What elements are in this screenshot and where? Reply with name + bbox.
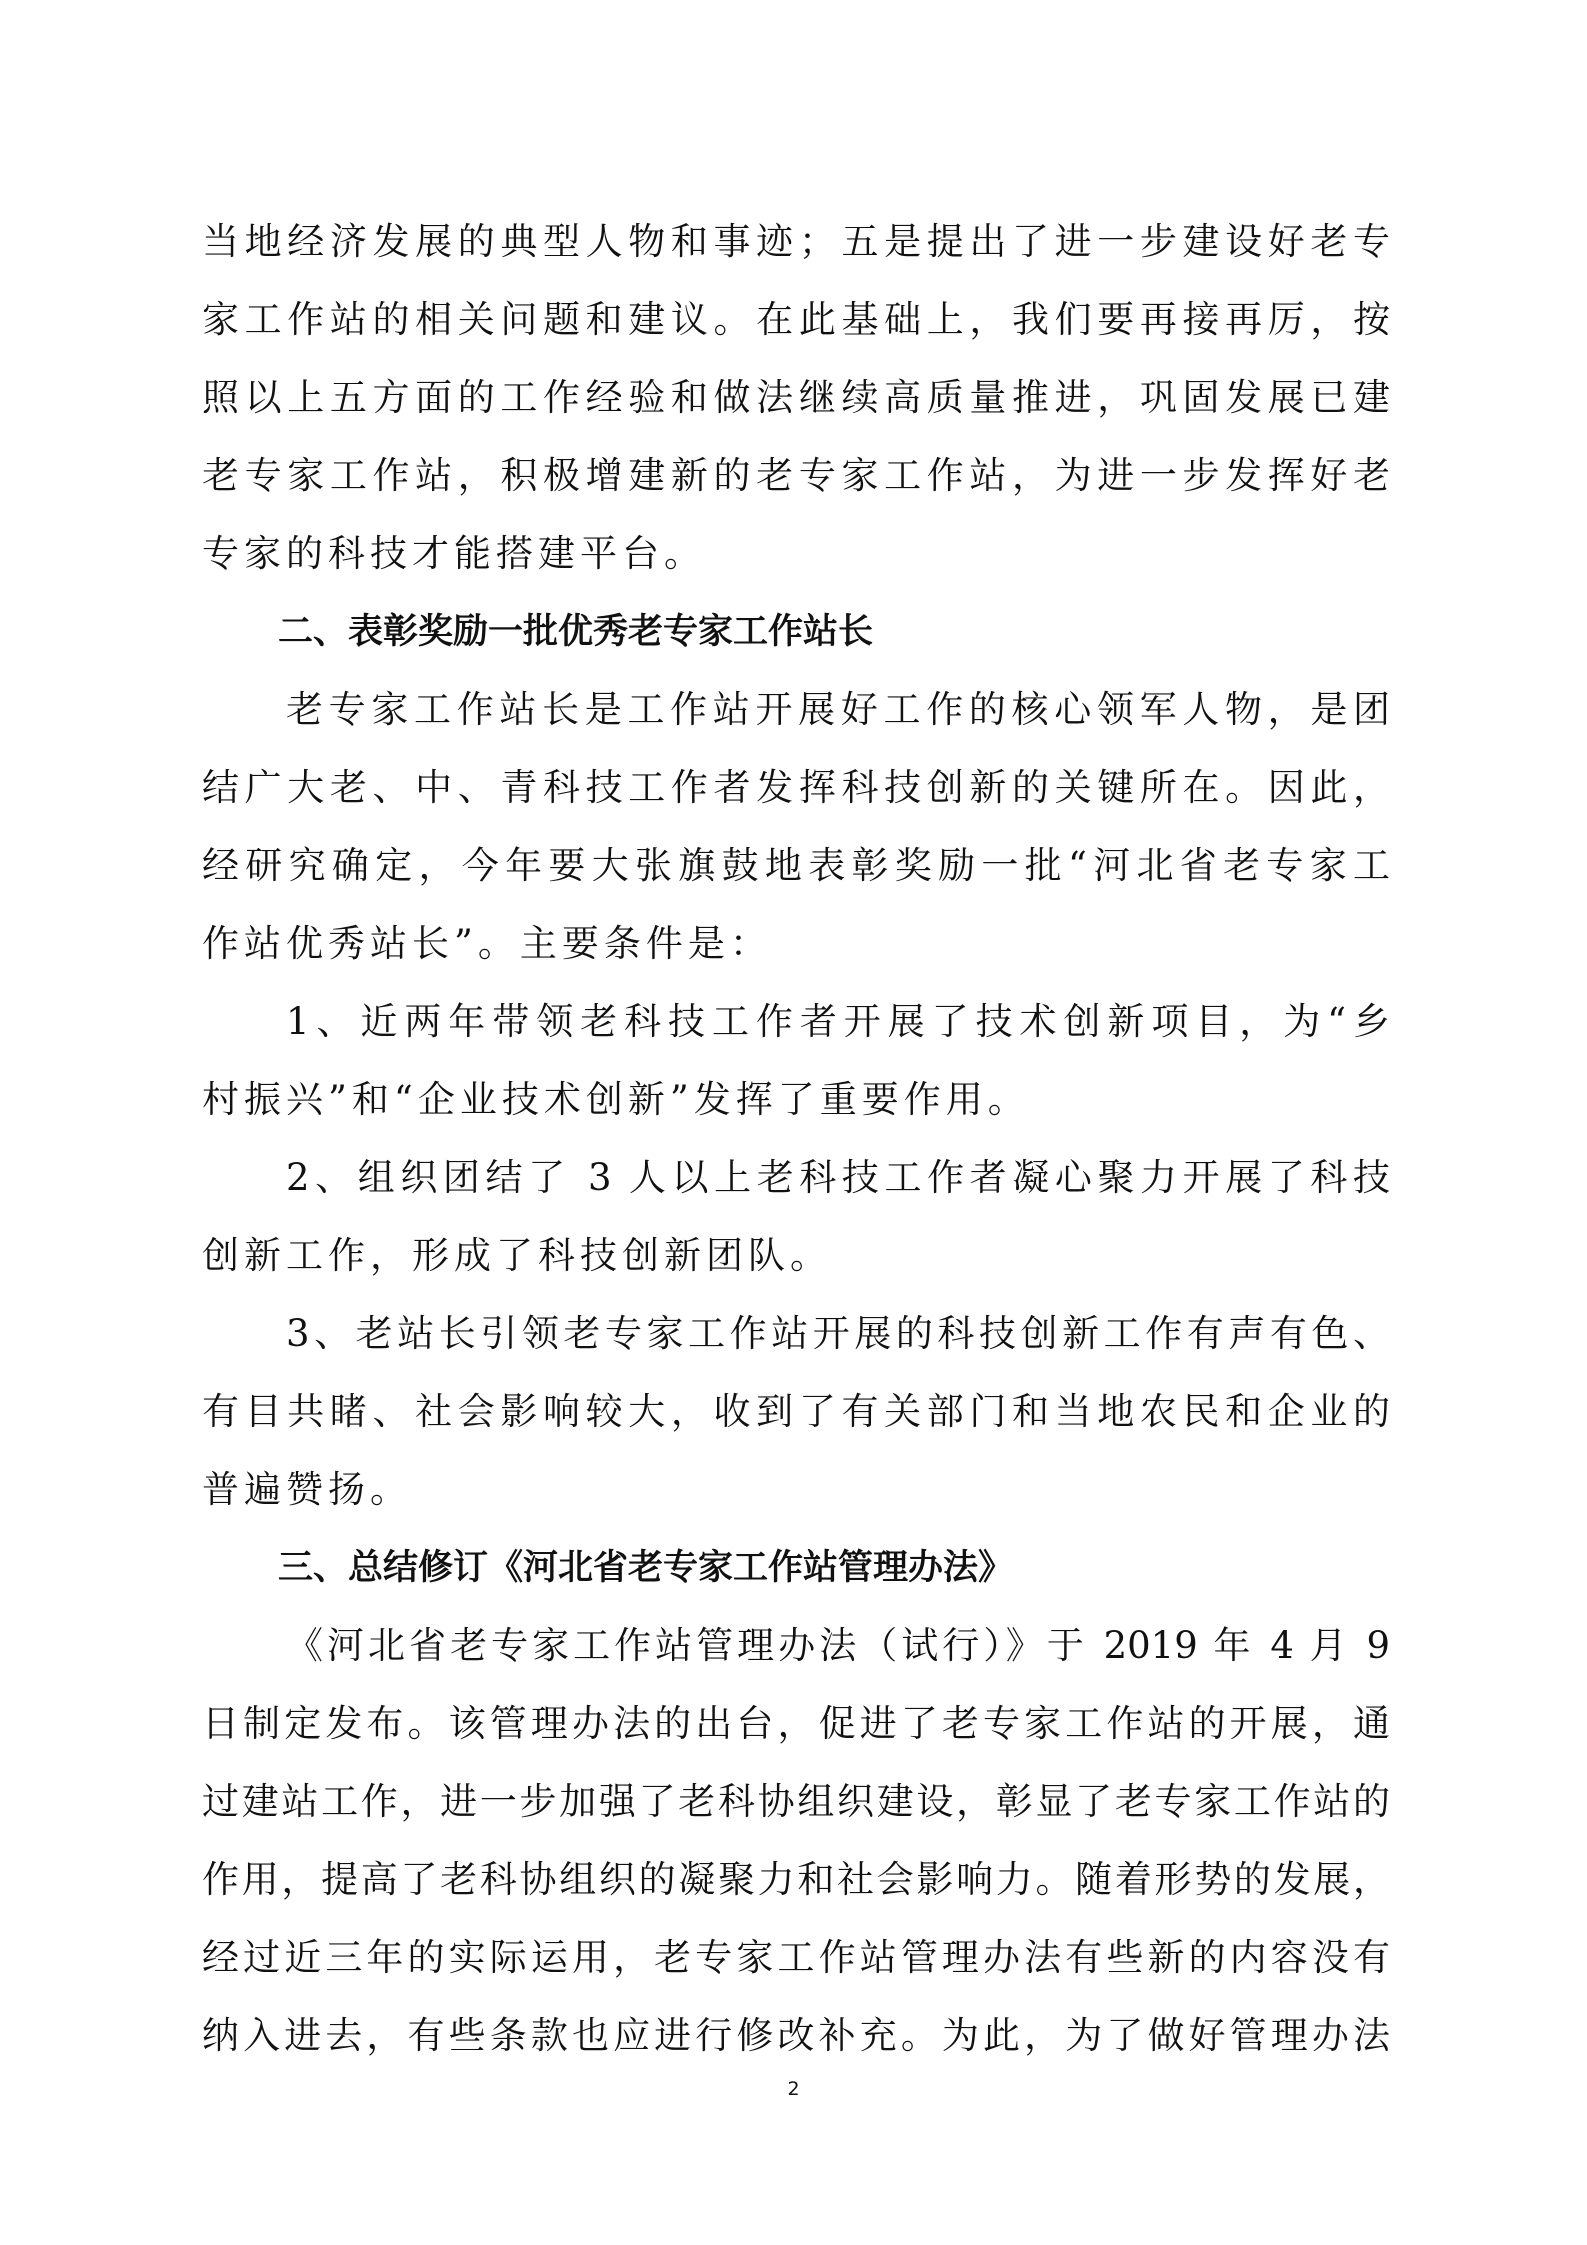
body-text-line: 家工作站的相关问题和建议。在此基础上，我们要再接再厉，按 (202, 281, 1390, 359)
criteria-item-1: 1、近两年带领老科技工作者开展了技术创新项目，为“乡 (202, 983, 1390, 1061)
body-text-line: 老专家工作站长是工作站开展好工作的核心领军人物，是团 (202, 671, 1390, 749)
section-heading-2: 二、表彰奖励一批优秀老专家工作站长 (202, 593, 1390, 671)
document-body: 当地经济发展的典型人物和事迹；五是提出了进一步建设好老专 家工作站的相关问题和建… (202, 203, 1390, 2075)
body-text-line: 结广大老、中、青科技工作者发挥科技创新的关键所在。因此， (202, 749, 1390, 827)
body-text-line: 作用，提高了老科协组织的凝聚力和社会影响力。随着形势的发展， (202, 1841, 1390, 1919)
body-text-line: 照以上五方面的工作经验和做法继续高质量推进，巩固发展已建 (202, 359, 1390, 437)
document-page: 当地经济发展的典型人物和事迹；五是提出了进一步建设好老专 家工作站的相关问题和建… (0, 0, 1587, 2245)
page-number: 2 (0, 2078, 1587, 2100)
body-text-line: 老专家工作站，积极增建新的老专家工作站，为进一步发挥好老 (202, 437, 1390, 515)
body-text-line: 专家的科技才能搭建平台。 (202, 515, 1390, 593)
criteria-item-2: 2、组织团结了 3 人以上老科技工作者凝心聚力开展了科技 (202, 1139, 1390, 1217)
body-text-line: 《河北省老专家工作站管理办法（试行）》于 2019 年 4 月 9 (202, 1607, 1390, 1685)
body-text-line: 过建站工作，进一步加强了老科协组织建设，彰显了老专家工作站的 (202, 1763, 1390, 1841)
body-text-line: 普遍赞扬。 (202, 1451, 1390, 1529)
body-text-line: 日制定发布。该管理办法的出台，促进了老专家工作站的开展，通 (202, 1685, 1390, 1763)
section-heading-3: 三、总结修订《河北省老专家工作站管理办法》 (202, 1529, 1390, 1607)
body-text-line: 纳入进去，有些条款也应进行修改补充。为此，为了做好管理办法 (202, 1997, 1390, 2075)
body-text-line: 作站优秀站长”。主要条件是： (202, 905, 1390, 983)
body-text-line: 创新工作，形成了科技创新团队。 (202, 1217, 1390, 1295)
body-text-line: 村振兴”和“企业技术创新”发挥了重要作用。 (202, 1061, 1390, 1139)
body-text-line: 经过近三年的实际运用，老专家工作站管理办法有些新的内容没有 (202, 1919, 1390, 1997)
criteria-item-3: 3、老站长引领老专家工作站开展的科技创新工作有声有色、 (202, 1295, 1390, 1373)
body-text-line: 当地经济发展的典型人物和事迹；五是提出了进一步建设好老专 (202, 203, 1390, 281)
body-text-line: 有目共睹、社会影响较大，收到了有关部门和当地农民和企业的 (202, 1373, 1390, 1451)
body-text-line: 经研究确定，今年要大张旗鼓地表彰奖励一批“河北省老专家工 (202, 827, 1390, 905)
